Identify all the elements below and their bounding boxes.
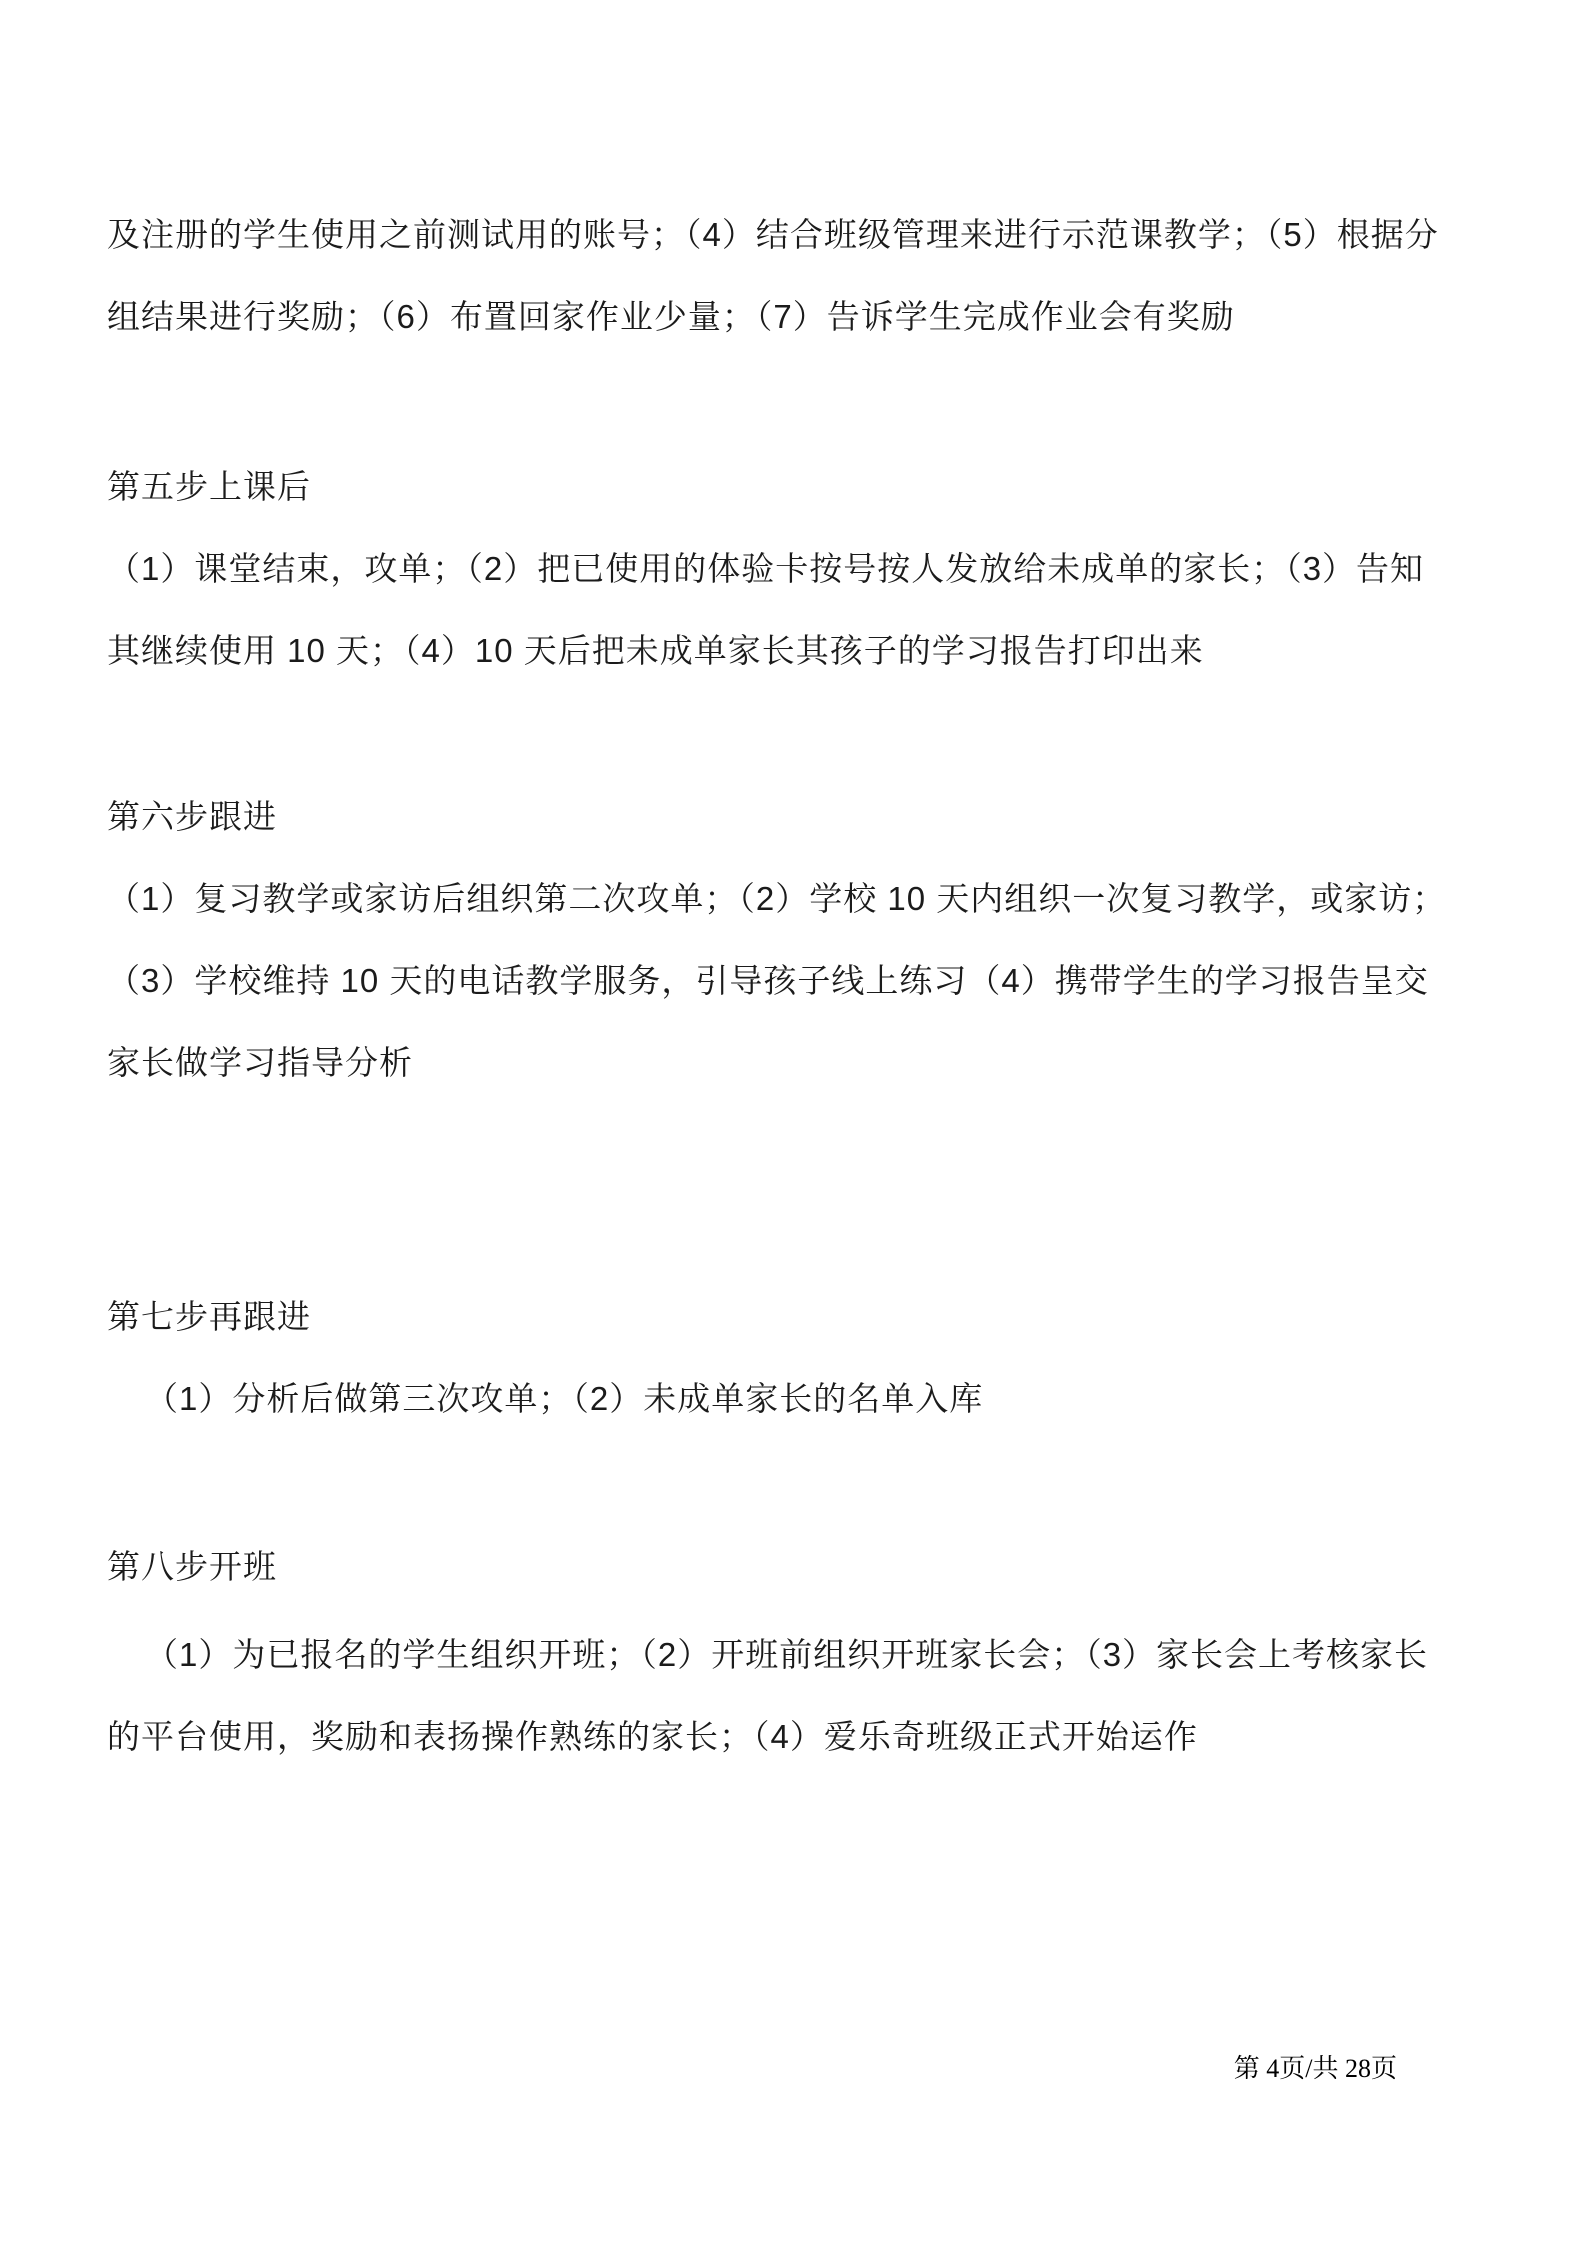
paragraph: 及注册的学生使用之前测试用的账号；（4）结合班级管理来进行示范课教学；（5）根据… (107, 194, 1487, 358)
section-heading-step8: 第八步开班 (107, 1526, 1487, 1608)
text-line: （1）为已报名的学生组织开班；（2）开班前组织开班家长会；（3）家长会上考核家长 (107, 1614, 1487, 1696)
section-heading-step5: 第五步上课后 (107, 446, 1487, 528)
text-line: 的平台使用，奖励和表扬操作熟练的家长；（4）爱乐奇班级正式开始运作 (107, 1696, 1487, 1778)
document-body: 及注册的学生使用之前测试用的账号；（4）结合班级管理来进行示范课教学；（5）根据… (107, 194, 1487, 1778)
document-page: 及注册的学生使用之前测试用的账号；（4）结合班级管理来进行示范课教学；（5）根据… (0, 0, 1587, 2245)
text-line: （1）分析后做第三次攻单；（2）未成单家长的名单入库 (107, 1358, 1487, 1440)
text-line: 家长做学习指导分析 (107, 1022, 1487, 1104)
page-number: 第 4页/共 28页 (1234, 2052, 1397, 2086)
section-heading-step6: 第六步跟进 (107, 776, 1487, 858)
section-heading-step7: 第七步再跟进 (107, 1276, 1487, 1358)
text-line: （1）课堂结束，攻单；（2）把已使用的体验卡按号按人发放给未成单的家长；（3）告… (107, 528, 1487, 610)
paragraph: （1）为已报名的学生组织开班；（2）开班前组织开班家长会；（3）家长会上考核家长… (107, 1614, 1487, 1778)
text-line: 其继续使用 10 天；（4）10 天后把未成单家长其孩子的学习报告打印出来 (107, 610, 1487, 692)
paragraph: （1）复习教学或家访后组织第二次攻单；（2）学校 10 天内组织一次复习教学，或… (107, 858, 1487, 1104)
text-line: （1）复习教学或家访后组织第二次攻单；（2）学校 10 天内组织一次复习教学，或… (107, 858, 1487, 940)
paragraph: （1）课堂结束，攻单；（2）把已使用的体验卡按号按人发放给未成单的家长；（3）告… (107, 528, 1487, 692)
paragraph: （1）分析后做第三次攻单；（2）未成单家长的名单入库 (107, 1358, 1487, 1440)
text-line: （3）学校维持 10 天的电话教学服务，引导孩子线上练习（4）携带学生的学习报告… (107, 940, 1487, 1022)
text-line: 及注册的学生使用之前测试用的账号；（4）结合班级管理来进行示范课教学；（5）根据… (107, 194, 1487, 276)
text-line: 组结果进行奖励；（6）布置回家作业少量；（7）告诉学生完成作业会有奖励 (107, 276, 1487, 358)
